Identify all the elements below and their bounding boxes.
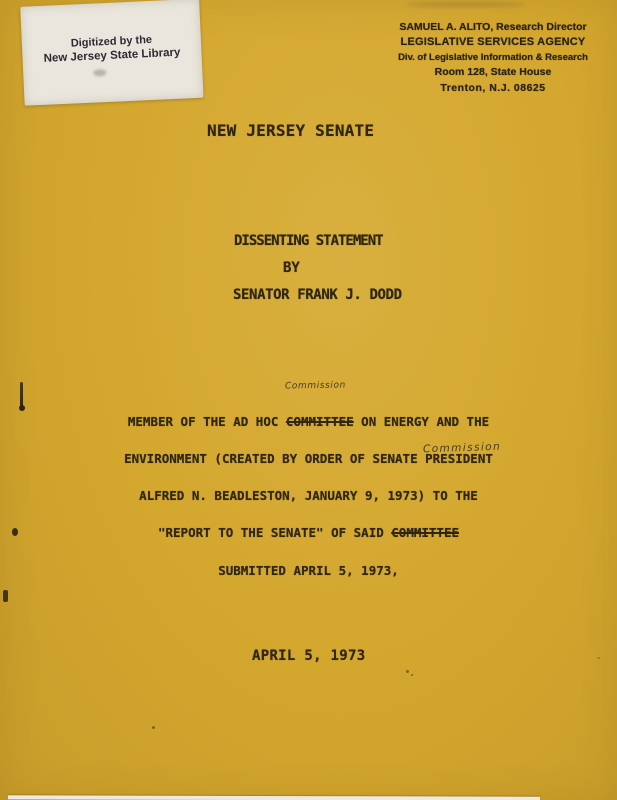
- stamp-room-line: Room 128, State House: [383, 65, 603, 81]
- agency-stamp: SAMUEL A. ALITO, Research Director LEGIS…: [383, 19, 603, 96]
- scan-speck: [152, 726, 155, 729]
- paragraph-line-1-pre: MEMBER OF THE AD HOC: [128, 414, 286, 429]
- scan-smudge: [405, 2, 525, 7]
- stamp-agency-line: LEGISLATIVE SERVICES AGENCY: [383, 35, 603, 50]
- document-title: NEW JERSEY SENATE: [207, 121, 374, 140]
- paragraph-line-1-post: ON ENERGY AND THE: [354, 414, 489, 429]
- paragraph-line-1: MEMBER OF THE AD HOC COMMITTEE ON ENERGY…: [0, 416, 617, 428]
- paragraph-line-5: SUBMITTED APRIL 5, 1973,: [0, 565, 617, 577]
- struck-word-committee-1: COMMITTEE: [286, 414, 354, 429]
- paragraph-line-3: ALFRED N. BEADLESTON, JANUARY 9, 1973) T…: [0, 490, 617, 502]
- statement-heading: DISSENTING STATEMENT: [234, 233, 383, 249]
- staple-mark-bottom: [3, 590, 8, 602]
- stamp-director-line: SAMUEL A. ALITO, Research Director: [383, 19, 603, 35]
- scan-speck: [597, 657, 600, 659]
- stamp-division-line: Div. of Legislative Information & Resear…: [383, 50, 603, 65]
- paragraph-line-2: ENVIRONMENT (CREATED BY ORDER OF SENATE …: [0, 453, 617, 465]
- staple-mark-middle: [12, 528, 18, 536]
- sticker-smudge: [93, 69, 106, 77]
- library-sticker: Digitized by the New Jersey State Librar…: [20, 0, 203, 106]
- paragraph-line-4-pre: "REPORT TO THE SENATE" OF SAID: [158, 525, 391, 540]
- description-paragraph: MEMBER OF THE AD HOC COMMITTEE ON ENERGY…: [0, 391, 617, 602]
- page-bottom-edge: [8, 795, 540, 800]
- statement-author: SENATOR FRANK J. DODD: [233, 287, 402, 303]
- handwritten-commission-1: Commission: [285, 380, 346, 391]
- paragraph-line-4: "REPORT TO THE SENATE" OF SAID COMMITTEE: [0, 527, 617, 539]
- document-cover-page: Digitized by the New Jersey State Librar…: [0, 0, 617, 800]
- stamp-city-line: Trenton, N.J. 08625: [383, 81, 603, 97]
- statement-by: BY: [283, 260, 300, 276]
- struck-word-committee-2: COMMITTEE: [391, 525, 459, 540]
- document-date: APRIL 5, 1973: [252, 648, 365, 664]
- staple-mark-top: [20, 382, 23, 409]
- scan-speck: [406, 670, 409, 673]
- scan-speck: [411, 674, 413, 676]
